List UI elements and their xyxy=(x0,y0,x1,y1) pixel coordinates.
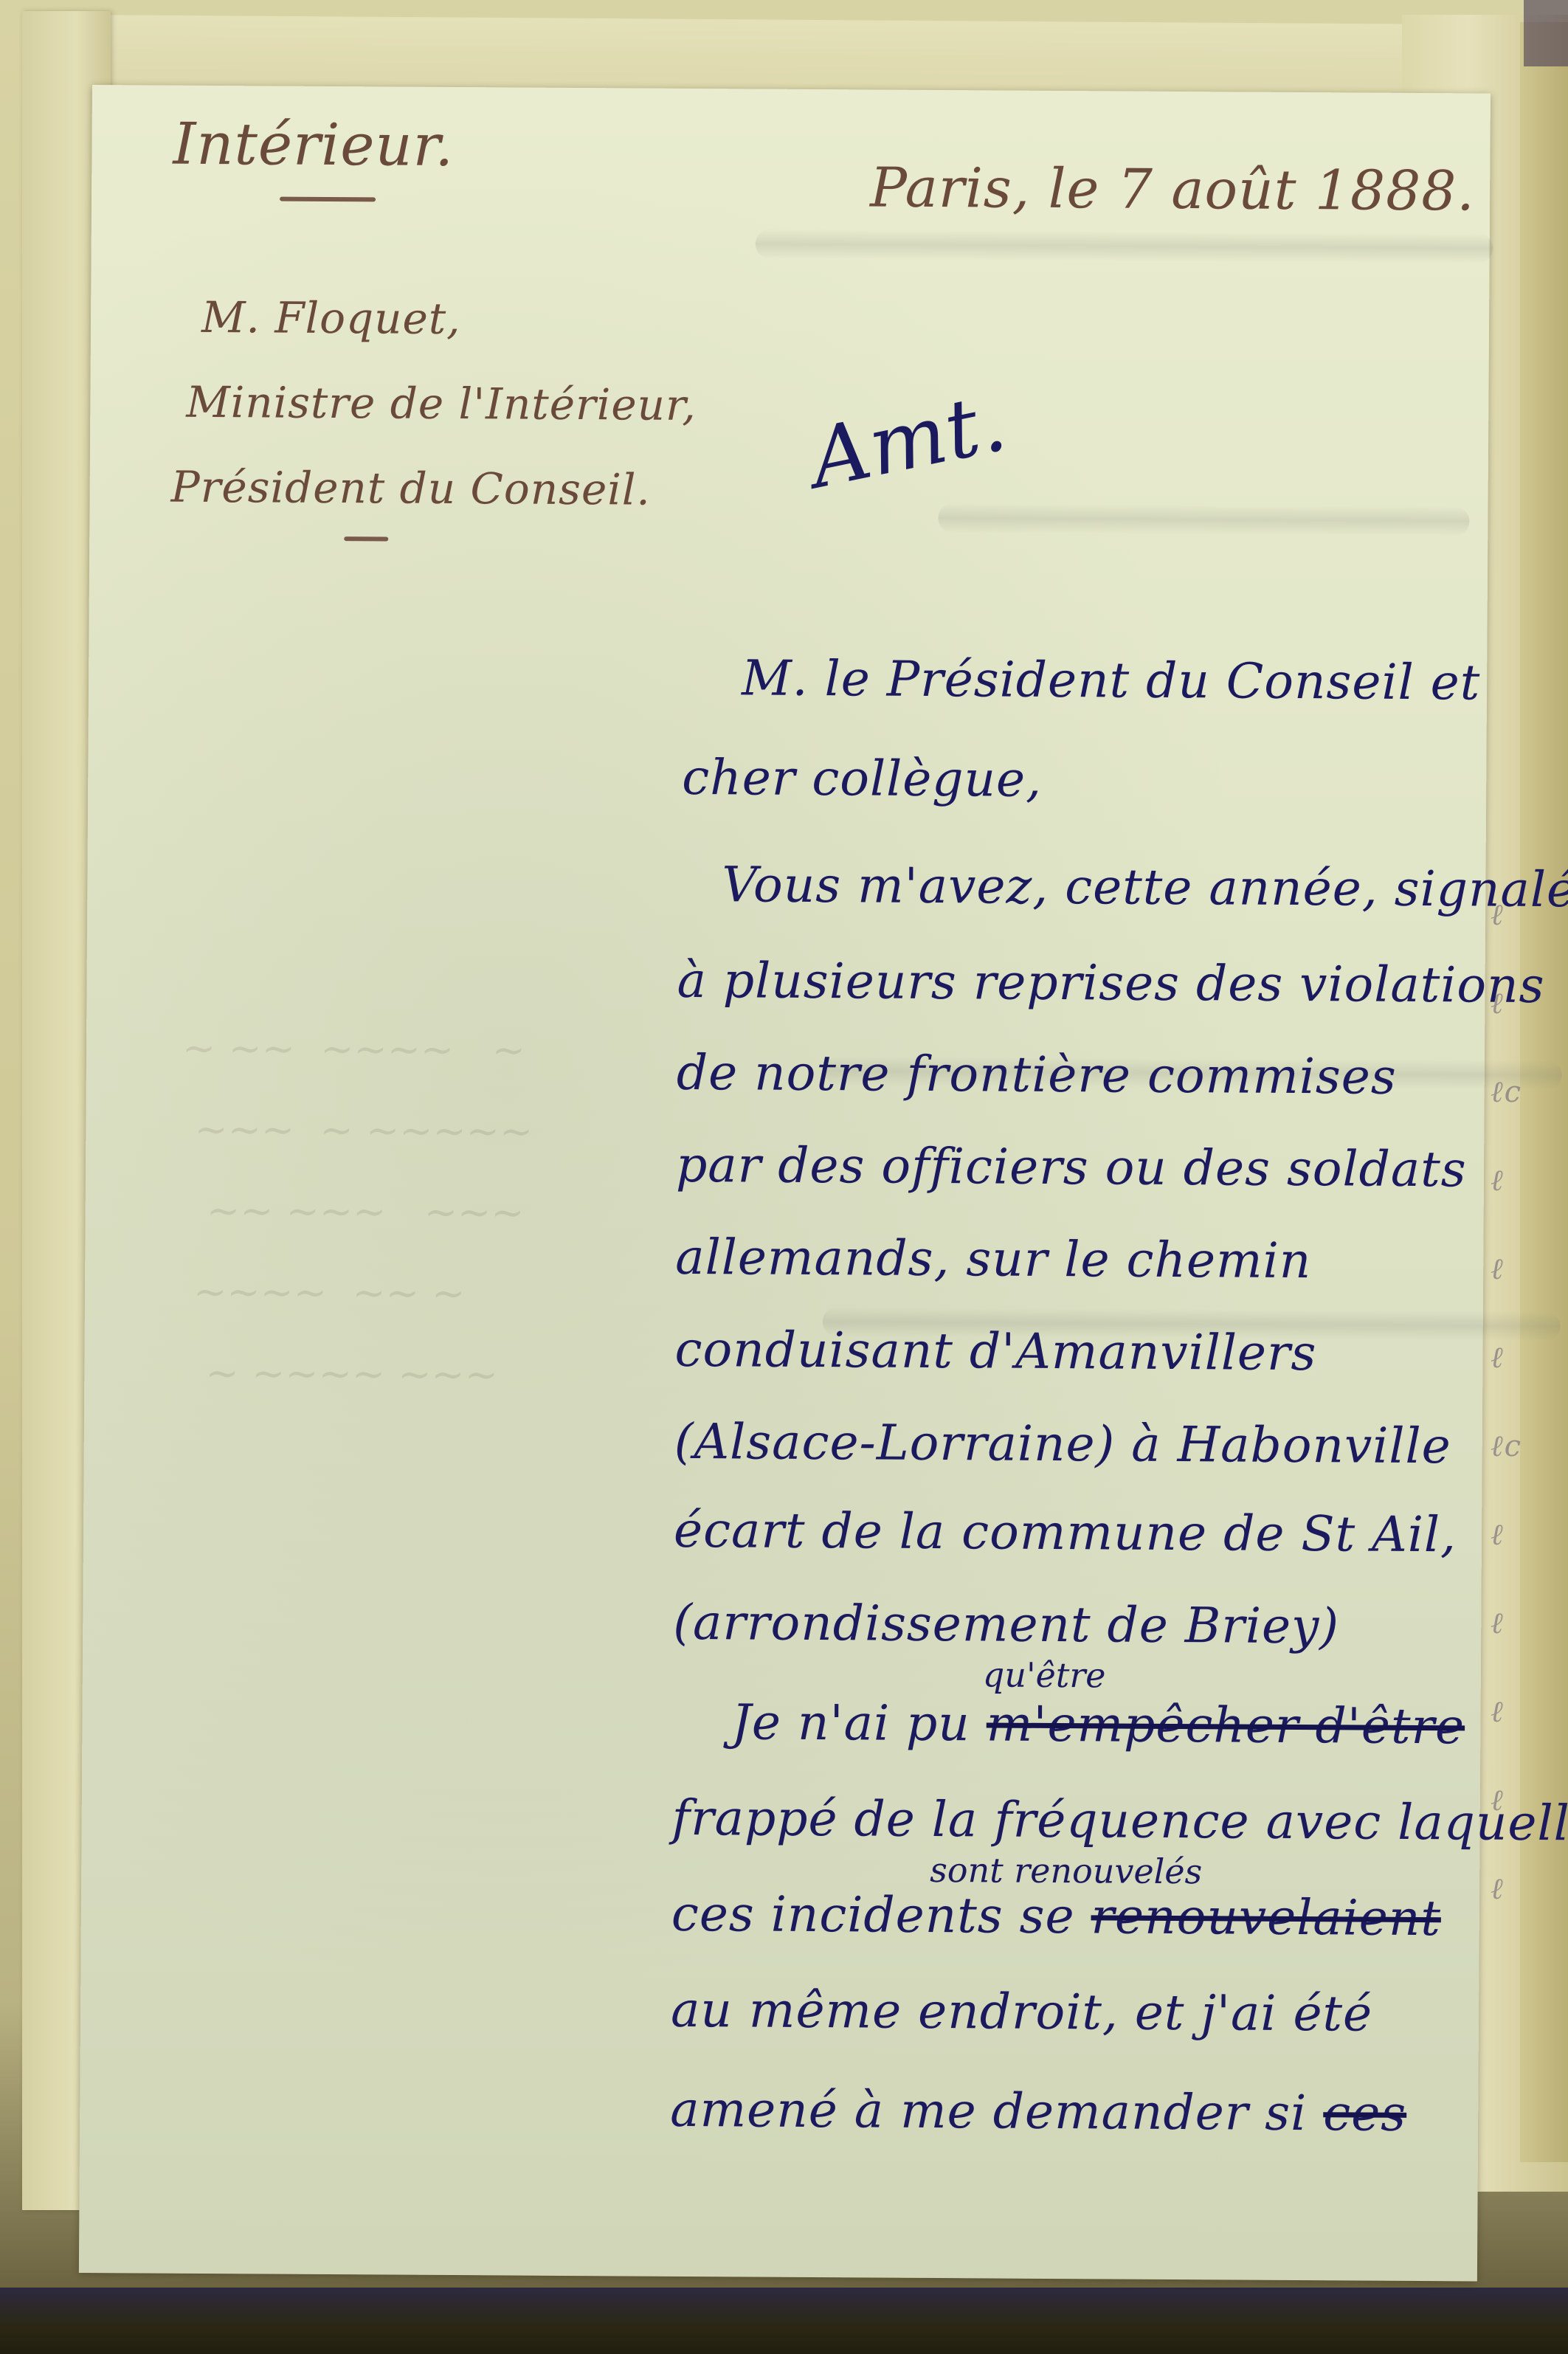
recipient-name: M. Floquet, xyxy=(201,292,461,344)
dateline: Paris, le 7 août 1888. xyxy=(870,156,1475,223)
interlinear-insertion: qu'être xyxy=(983,1654,1106,1695)
body-line-10: Je n'ai pu m'empêcher d'être xyxy=(731,1694,1465,1755)
underlying-sheet-ghost-strokes: ℓℓℓcℓℓℓℓcℓℓℓℓℓ xyxy=(1491,871,1568,1933)
body-line-12: ces incidents se renouvelaient xyxy=(671,1885,1441,1947)
body-line-11: frappé de la fréquence avec laquelle xyxy=(671,1789,1568,1852)
body-line-5: allemands, sur le chemin xyxy=(675,1229,1311,1289)
folder-dark-corner xyxy=(1524,0,1568,66)
body-line-9: (arrondissement de Briey) xyxy=(673,1594,1339,1655)
salutation-line-2: cher collègue, xyxy=(682,749,1042,808)
body-line-12-text: ces incidents se xyxy=(671,1885,1091,1944)
body-line-3: de notre frontière commises xyxy=(677,1044,1397,1105)
recipient-title: Ministre de l'Intérieur, xyxy=(186,377,697,430)
body-line-1: Vous m'avez, cette année, signalé xyxy=(722,856,1568,918)
struck-text: m'empêcher d'être xyxy=(987,1695,1465,1755)
body-line-14: amené à me demander si ces xyxy=(670,2081,1406,2142)
lighting-shade xyxy=(756,229,1493,263)
body-line-2: à plusieurs reprises des violations xyxy=(677,952,1544,1014)
ink-bleed-through: ~ ~~ ~~~~ ~ ~~~ ~ ~~~~~ ~~ ~~~ ~~~ ~~~~ … xyxy=(179,1008,714,1528)
body-line-7: (Alsace-Lorraine) à Habonville xyxy=(674,1413,1451,1474)
interlinear-insertion: sont renouvelés xyxy=(930,1850,1202,1891)
recipient-underline xyxy=(344,536,388,541)
body-line-14-text: amené à me demander si xyxy=(670,2081,1323,2141)
body-line-8: écart de la commune de St Ail, xyxy=(674,1502,1457,1563)
body-line-13: au même endroit, et j'ai été xyxy=(671,1981,1372,2043)
body-line-6: conduisant d'Amanvillers xyxy=(674,1321,1316,1381)
struck-text: renouvelaient xyxy=(1091,1888,1441,1947)
recipient-office: Président du Conseil. xyxy=(170,462,651,515)
letter-sheet: ~ ~~ ~~~~ ~ ~~~ ~ ~~~~~ ~~ ~~~ ~~~ ~~~~ … xyxy=(79,85,1491,2282)
body-line-10-text: Je n'ai pu xyxy=(731,1694,987,1752)
heading-underline xyxy=(280,197,376,202)
docket-mark: Amt. xyxy=(802,374,1014,506)
body-line-4: par des officiers ou des soldats xyxy=(676,1136,1467,1198)
desk-surface xyxy=(0,2288,1568,2354)
lighting-shade xyxy=(938,503,1469,536)
salutation-line-1: M. le Président du Conseil et xyxy=(742,649,1481,711)
struck-text: ces xyxy=(1323,2085,1406,2142)
margin-heading: Intérieur. xyxy=(173,111,454,179)
